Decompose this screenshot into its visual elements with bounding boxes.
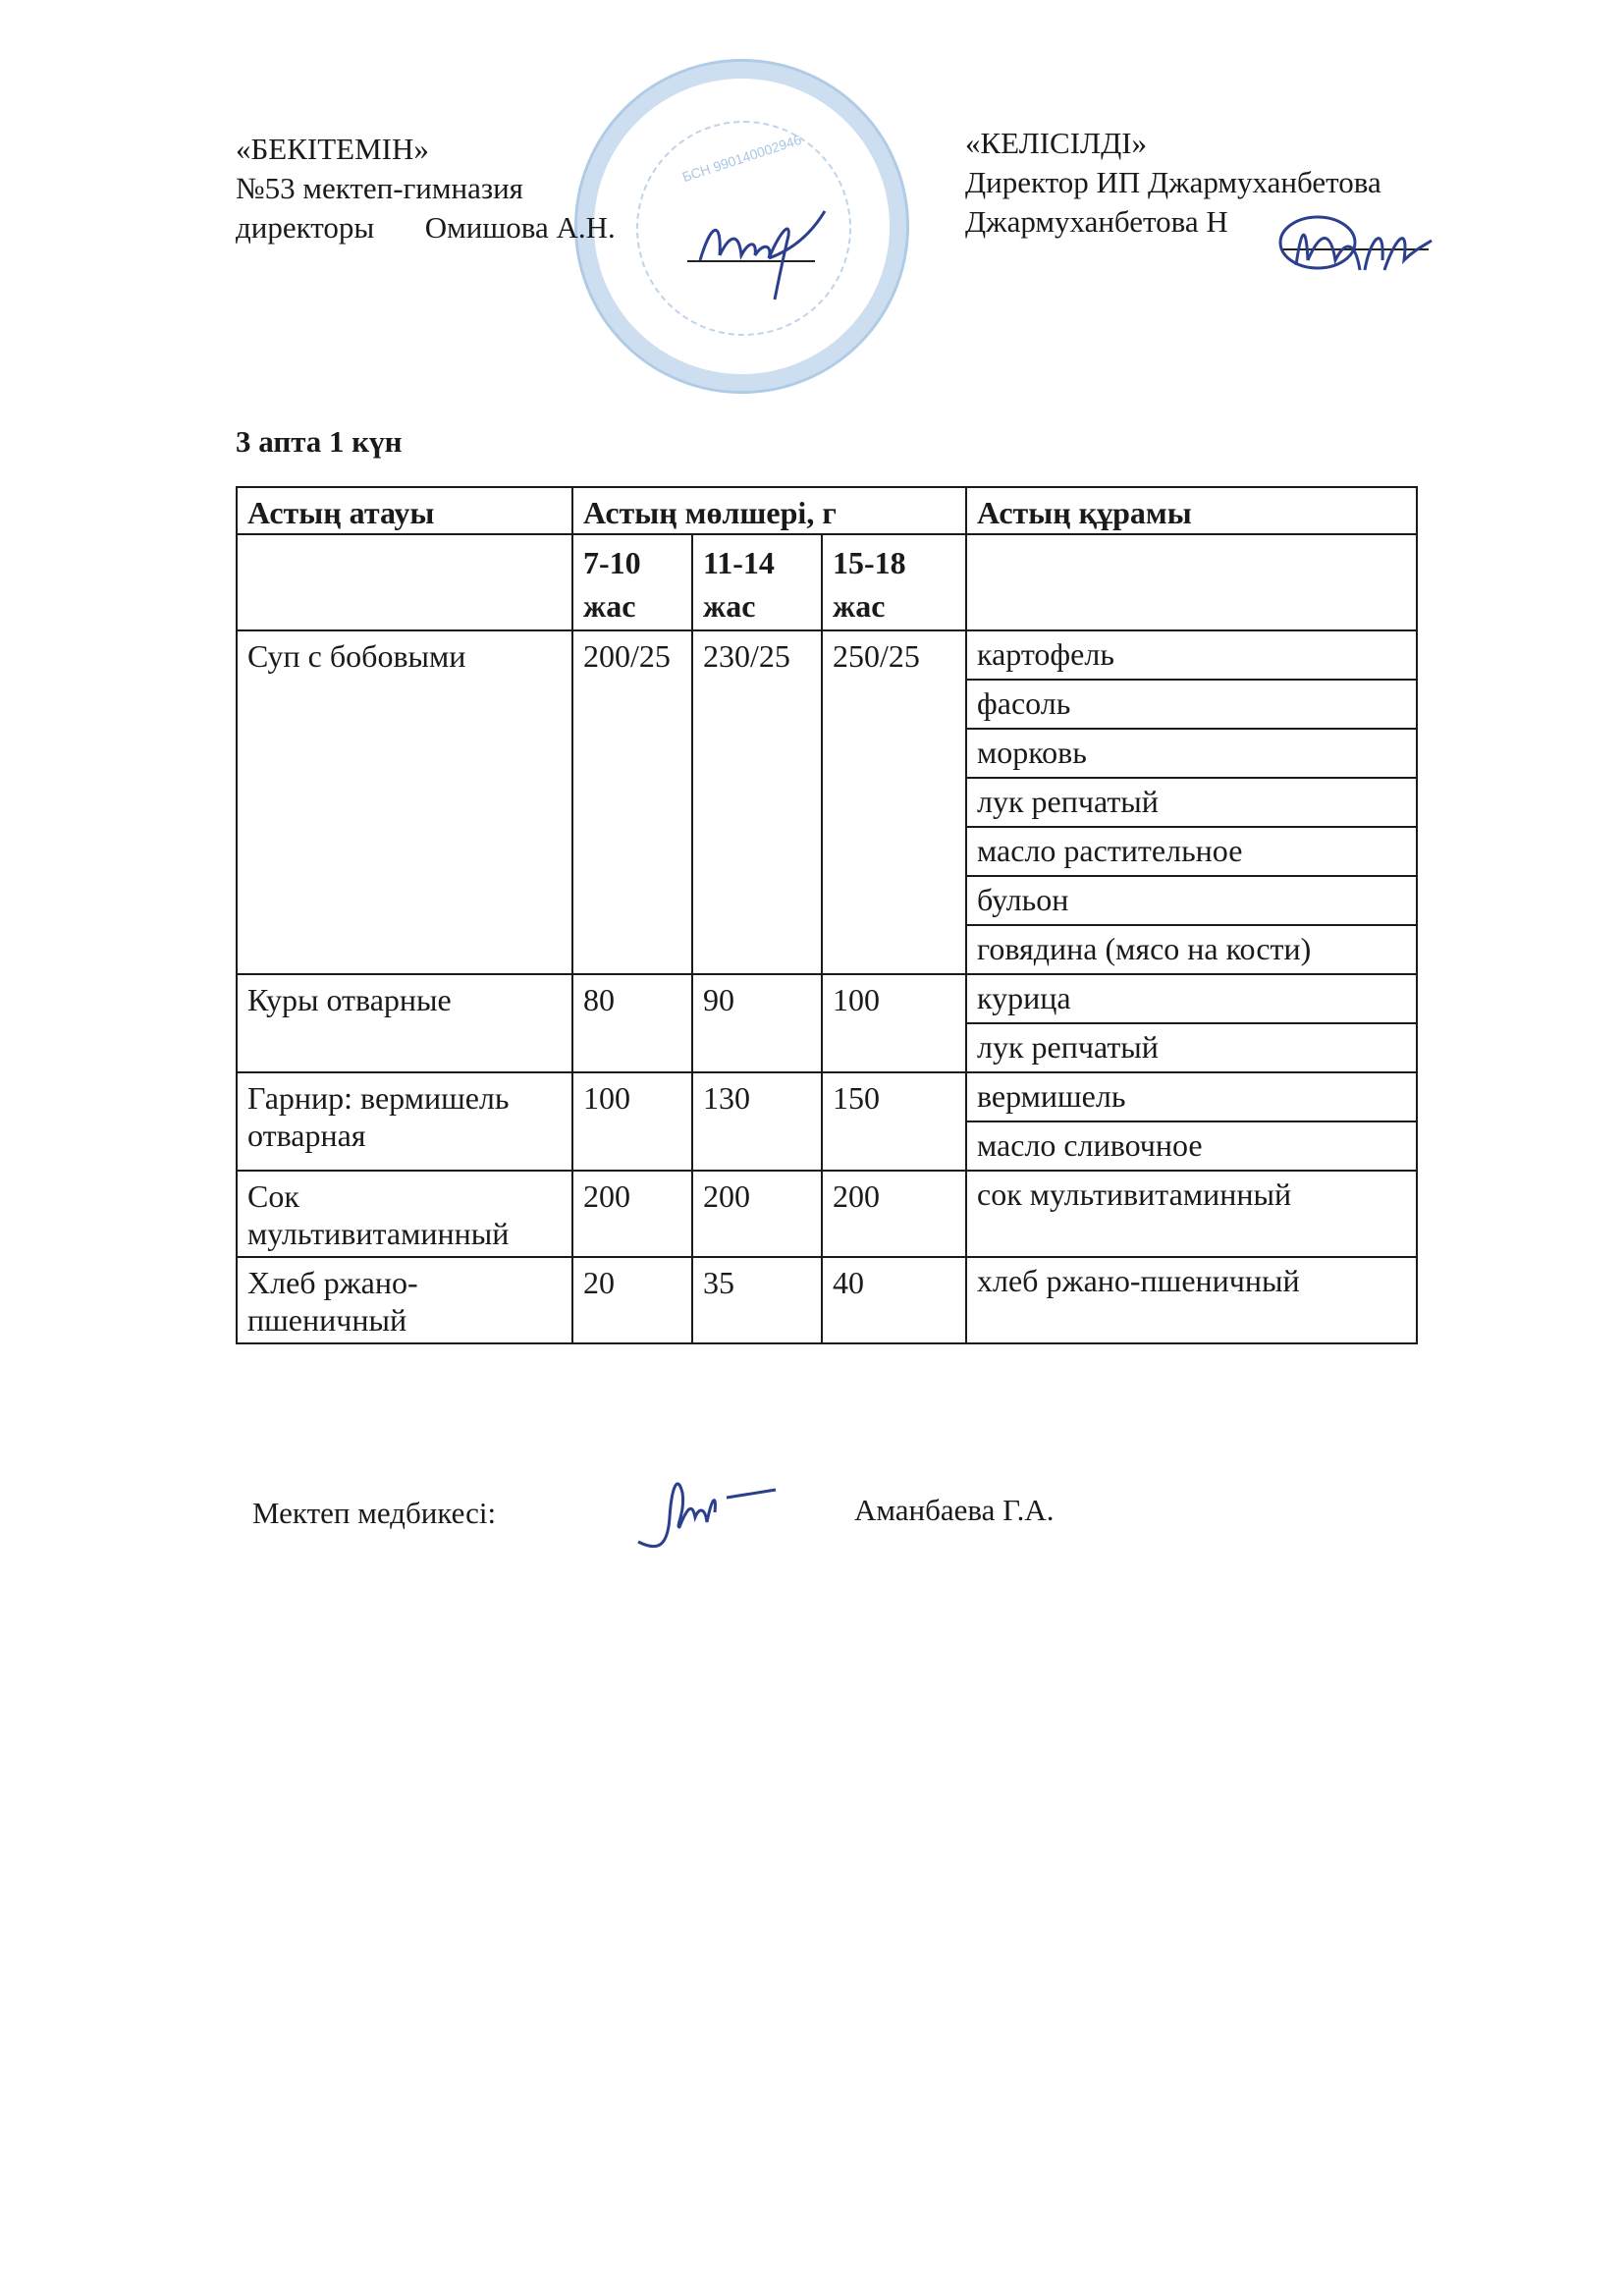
header-empty-composition <box>966 534 1417 630</box>
nurse-name: Аманбаева Г.А. <box>854 1493 1054 1528</box>
ingredient: масло сливочное <box>966 1121 1417 1171</box>
table-row: Хлеб ржано-пшеничный203540хлеб ржано-пше… <box>237 1257 1417 1343</box>
dish-amount: 35 <box>692 1257 822 1343</box>
page-title: 3 апта 1 күн <box>236 424 403 460</box>
ingredient: вермишель <box>966 1072 1417 1121</box>
header-dish-name: Астың атауы <box>237 487 572 534</box>
ingredient: сок мультивитаминный <box>966 1171 1417 1257</box>
dish-amount: 20 <box>572 1257 692 1343</box>
header-amount: Астың мөлшері, г <box>572 487 966 534</box>
dish-amount: 40 <box>822 1257 966 1343</box>
approval-right-heading: «КЕЛІСІЛДІ» <box>965 124 1381 163</box>
approval-left-role: директоры <box>236 210 374 245</box>
table-body: Суп с бобовыми200/25230/25250/25картофел… <box>237 630 1417 1343</box>
dish-amount: 200 <box>692 1171 822 1257</box>
dish-amount: 200 <box>572 1171 692 1257</box>
approval-right-line1: Директор ИП Джармуханбетова <box>965 163 1381 202</box>
dish-amount: 90 <box>692 974 822 1072</box>
ingredient: морковь <box>966 729 1417 778</box>
dish-amount: 100 <box>822 974 966 1072</box>
ingredient: бульон <box>966 876 1417 925</box>
table-subheader-row: 7-10 жас 11-14 жас 15-18 жас <box>237 534 1417 630</box>
dish-name: Суп с бобовыми <box>237 630 572 974</box>
dish-name: Хлеб ржано-пшеничный <box>237 1257 572 1343</box>
ingredient: картофель <box>966 630 1417 680</box>
header-empty <box>237 534 572 630</box>
menu-table: Астың атауы Астың мөлшері, г Астың құрам… <box>236 486 1418 1344</box>
header-age-7-10: 7-10 жас <box>572 534 692 630</box>
ingredient: фасоль <box>966 680 1417 729</box>
dish-amount: 200 <box>822 1171 966 1257</box>
ingredient: говядина (мясо на кости) <box>966 925 1417 974</box>
approval-left-name: Омишова А.Н. <box>425 210 616 245</box>
table-row: Куры отварные8090100курица <box>237 974 1417 1023</box>
ingredient: курица <box>966 974 1417 1023</box>
table-row: Суп с бобовыми200/25230/25250/25картофел… <box>237 630 1417 680</box>
table-row: Гарнир: вермишель отварная100130150верми… <box>237 1072 1417 1121</box>
header-composition: Астың құрамы <box>966 487 1417 534</box>
dish-amount: 150 <box>822 1072 966 1171</box>
ingredient: лук репчатый <box>966 1023 1417 1072</box>
ingredient: лук репчатый <box>966 778 1417 827</box>
header-age-15-18: 15-18 жас <box>822 534 966 630</box>
dish-amount: 200/25 <box>572 630 692 974</box>
dish-name: Куры отварные <box>237 974 572 1072</box>
table-header-row: Астың атауы Астың мөлшері, г Астың құрам… <box>237 487 1417 534</box>
approval-left: «БЕКІТЕМІН» №53 мектеп-гимназия директор… <box>236 130 616 247</box>
dish-amount: 80 <box>572 974 692 1072</box>
dish-name: Гарнир: вермишель отварная <box>237 1072 572 1171</box>
approval-left-heading: «БЕКІТЕМІН» <box>236 130 616 169</box>
dish-name: Сок мультивитаминный <box>237 1171 572 1257</box>
table-row: Сок мультивитаминный200200200сок мультив… <box>237 1171 1417 1257</box>
nurse-label: Мектеп медбикесі: <box>252 1496 496 1531</box>
signature-director-icon <box>692 201 830 309</box>
ingredient: хлеб ржано-пшеничный <box>966 1257 1417 1343</box>
approval-left-line1: №53 мектеп-гимназия <box>236 169 616 208</box>
header-age-11-14: 11-14 жас <box>692 534 822 630</box>
dish-amount: 100 <box>572 1072 692 1171</box>
approval-left-line2: директоры Омишова А.Н. <box>236 208 616 247</box>
dish-amount: 130 <box>692 1072 822 1171</box>
signature-contractor-icon <box>1276 201 1434 290</box>
dish-amount: 230/25 <box>692 630 822 974</box>
signature-nurse-icon <box>628 1468 785 1557</box>
ingredient: масло растительное <box>966 827 1417 876</box>
dish-amount: 250/25 <box>822 630 966 974</box>
